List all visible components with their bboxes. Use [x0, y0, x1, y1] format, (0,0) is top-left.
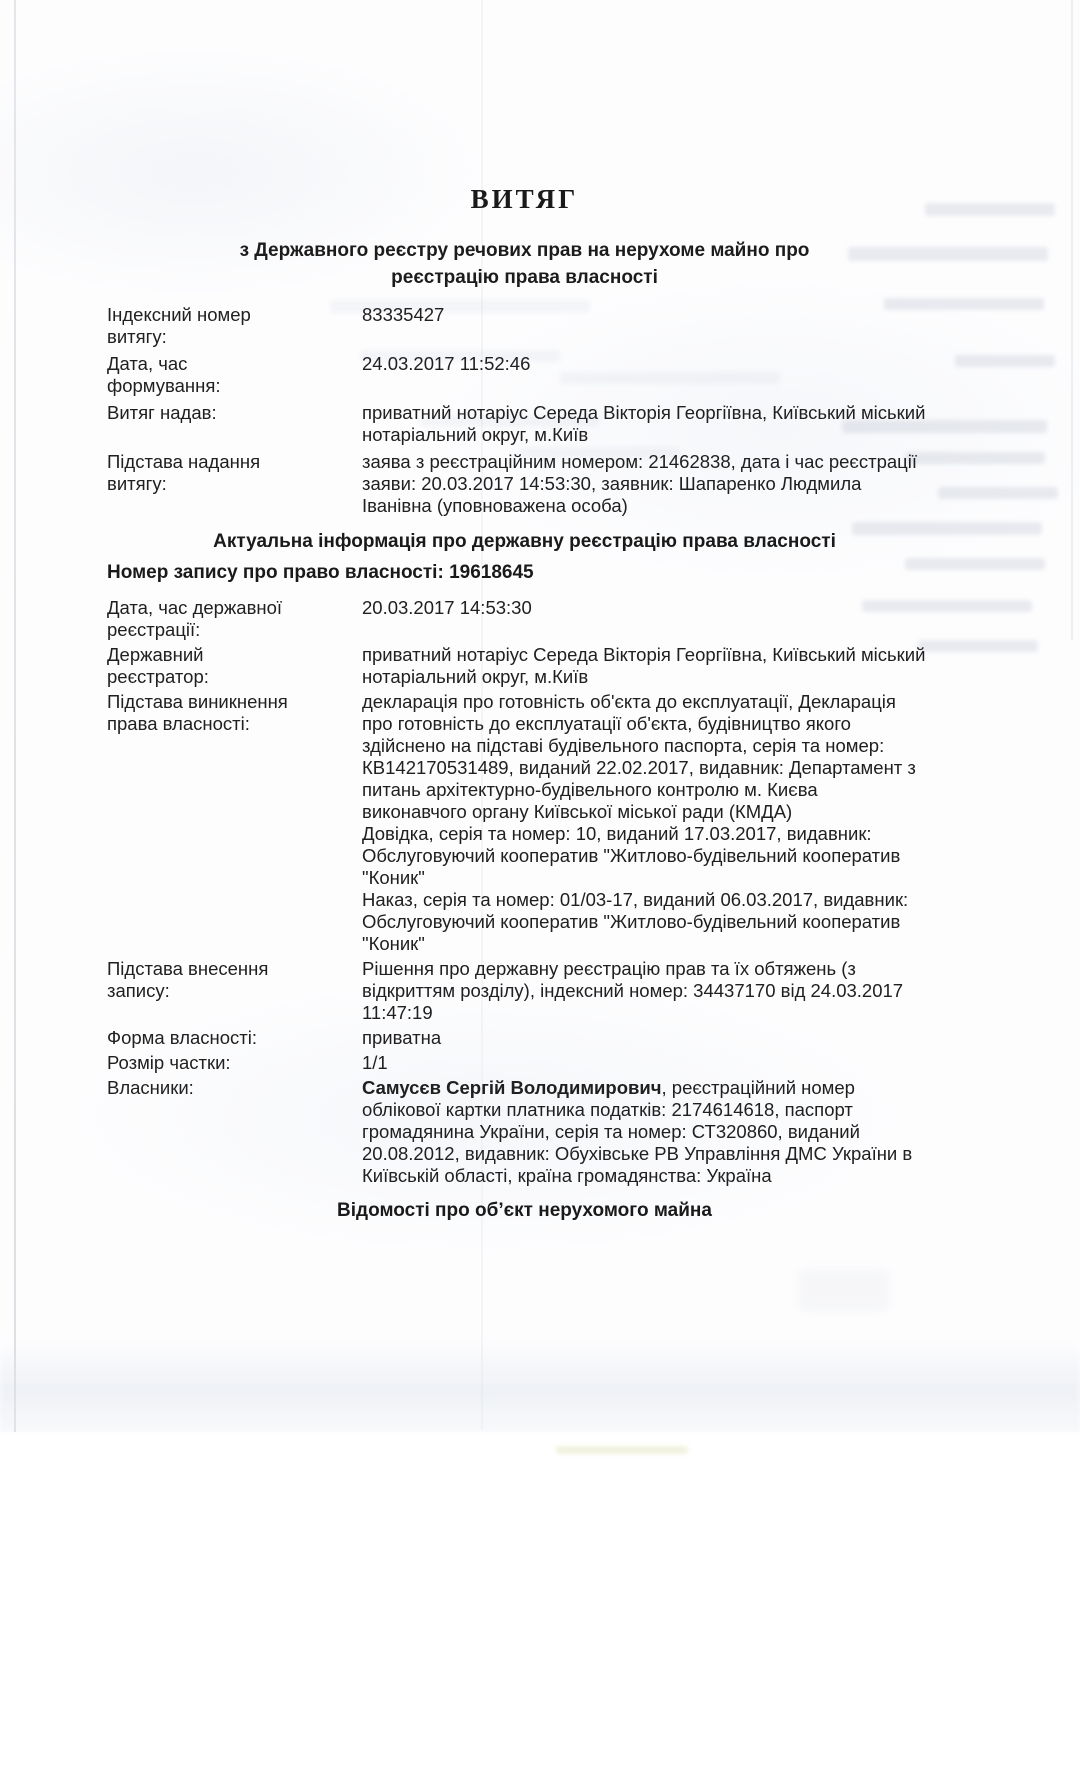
- field-label: Індексний номер витягу:: [107, 304, 362, 348]
- field-value: 83335427: [362, 304, 942, 348]
- field-label: Дата, час державної реєстрації:: [107, 597, 362, 641]
- field-label: Підстава виникнення права власності:: [107, 691, 362, 955]
- field-row-issued-by: Витяг надав: приватний нотаріус Середа В…: [107, 402, 942, 446]
- field-value: 1/1: [362, 1052, 942, 1074]
- field-label: Державний реєстратор:: [107, 644, 362, 688]
- field-row-formation-datetime: Дата, час формування: 24.03.2017 11:52:4…: [107, 353, 942, 397]
- field-label: Власники:: [107, 1077, 362, 1187]
- document-title: ВИТЯГ: [107, 184, 942, 215]
- owner-name: Самусєв Сергій Володимирович: [362, 1077, 662, 1098]
- scanned-document-page: ВИТЯГ з Державного реєстру речових прав …: [0, 0, 1080, 1778]
- field-value: приватний нотаріус Середа Вікторія Георг…: [362, 402, 942, 446]
- field-label: Підстава надання витягу:: [107, 451, 362, 517]
- field-value: декларація про готовність об'єкта до екс…: [362, 691, 942, 955]
- current-info-fields: Дата, час державної реєстрації: 20.03.20…: [107, 597, 942, 1187]
- field-value: заява з реєстраційним номером: 21462838,…: [362, 451, 942, 517]
- field-row-registration-datetime: Дата, час державної реєстрації: 20.03.20…: [107, 597, 942, 641]
- section-heading-current-info: Актуальна інформація про державну реєстр…: [107, 530, 942, 553]
- field-value-owners: Самусєв Сергій Володимирович, реєстрацій…: [362, 1077, 942, 1187]
- field-label: Витяг надав:: [107, 402, 362, 446]
- field-label: Розмір частки:: [107, 1052, 362, 1074]
- field-value: 20.03.2017 14:53:30: [362, 597, 942, 641]
- section-heading-property-object-info: Відомості про об’єкт нерухомого майна: [107, 1199, 942, 1222]
- ownership-record-number: Номер запису про право власності: 196186…: [107, 561, 942, 584]
- field-value: Рішення про державну реєстрацію прав та …: [362, 958, 942, 1024]
- scan-ink-trace: [556, 1446, 688, 1454]
- field-label: Дата, час формування:: [107, 353, 362, 397]
- field-row-share-size: Розмір частки: 1/1: [107, 1052, 942, 1074]
- field-row-ownership-origin-grounds: Підстава виникнення права власності: дек…: [107, 691, 942, 955]
- field-row-issue-grounds: Підстава надання витягу: заява з реєстра…: [107, 451, 942, 517]
- extract-header-fields: Індексний номер витягу: 83335427 Дата, ч…: [107, 304, 942, 517]
- document-content: ВИТЯГ з Державного реєстру речових прав …: [107, 0, 942, 1222]
- field-row-index-number: Індексний номер витягу: 83335427: [107, 304, 942, 348]
- field-label: Форма власності:: [107, 1027, 362, 1049]
- field-row-record-entry-grounds: Підстава внесення запису: Рішення про де…: [107, 958, 942, 1024]
- field-value: приватний нотаріус Середа Вікторія Георг…: [362, 644, 942, 688]
- field-value: приватна: [362, 1027, 942, 1049]
- field-label: Підстава внесення запису:: [107, 958, 362, 1024]
- field-value: 24.03.2017 11:52:46: [362, 353, 942, 397]
- scan-bottom-shadow-band: [0, 1342, 1080, 1432]
- document-subtitle: з Державного реєстру речових прав на нер…: [107, 237, 942, 291]
- scan-smudge: [798, 1268, 890, 1312]
- field-row-ownership-form: Форма власності: приватна: [107, 1027, 942, 1049]
- field-row-owners: Власники: Самусєв Сергій Володимирович, …: [107, 1077, 942, 1187]
- field-row-state-registrar: Державний реєстратор: приватний нотаріус…: [107, 644, 942, 688]
